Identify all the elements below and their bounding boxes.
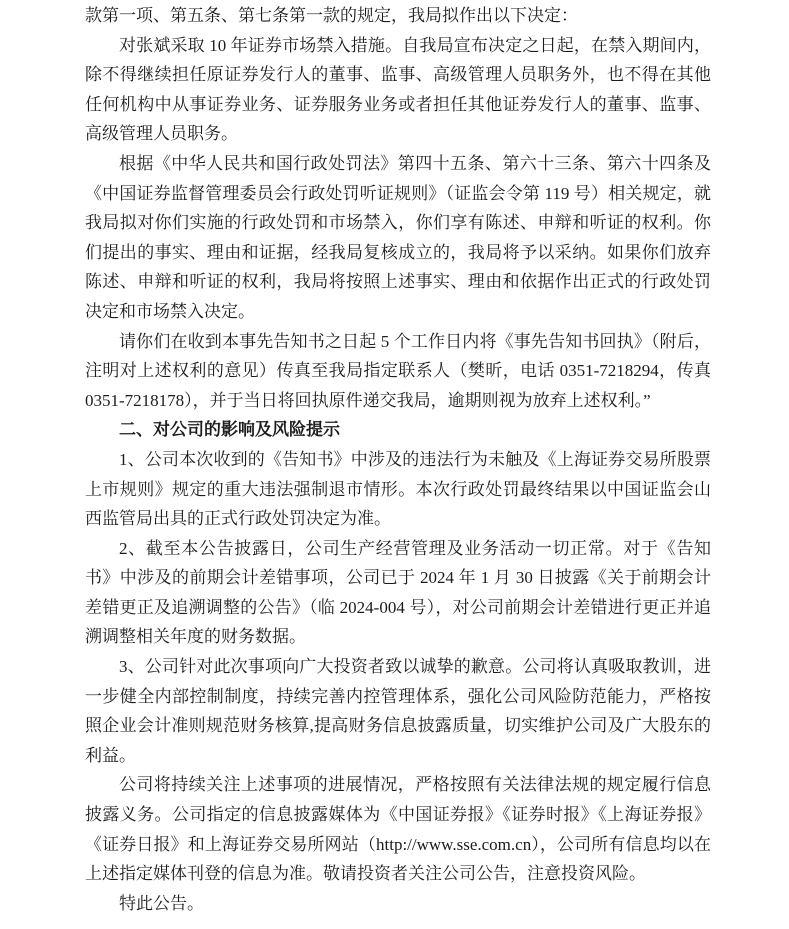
body-paragraph-continuation: 款第一项、第五条、第七条第一款的规定，我局拟作出以下决定： xyxy=(85,1,711,31)
body-paragraph-disclosure-media: 公司将持续关注上述事项的进展情况，严格按照有关法律法规的规定履行信息披露义务。公… xyxy=(85,770,711,888)
body-paragraph-legal-basis: 根据《中华人民共和国行政处罚法》第四十五条、第六十三条、第六十四条及《中国证券监… xyxy=(85,149,711,327)
body-paragraph-item-1: 1、公司本次收到的《告知书》中涉及的违法行为未触及《上海证券交易所股票上市规则》… xyxy=(85,445,711,534)
body-paragraph-reply-instructions: 请你们在收到本事先告知书之日起 5 个工作日内将《事先告知书回执》（附后，注明对… xyxy=(85,327,711,416)
body-paragraph-item-2: 2、截至本公告披露日，公司生产经营管理及业务活动一切正常。对于《告知书》中涉及的… xyxy=(85,534,711,652)
document-page: 款第一项、第五条、第七条第一款的规定，我局拟作出以下决定： 对张斌采取 10 年… xyxy=(0,0,789,929)
body-paragraph-item-3: 3、公司针对此次事项向广大投资者致以诚挚的歉意。公司将认真吸取教训，进一步健全内… xyxy=(85,652,711,770)
body-paragraph-market-ban: 对张斌采取 10 年证券市场禁入措施。自我局宣布决定之日起，在禁入期间内，除不得… xyxy=(85,31,711,149)
section-heading-impact-risk: 二、对公司的影响及风险提示 xyxy=(85,415,711,445)
body-paragraph-closing: 特此公告。 xyxy=(85,889,711,919)
